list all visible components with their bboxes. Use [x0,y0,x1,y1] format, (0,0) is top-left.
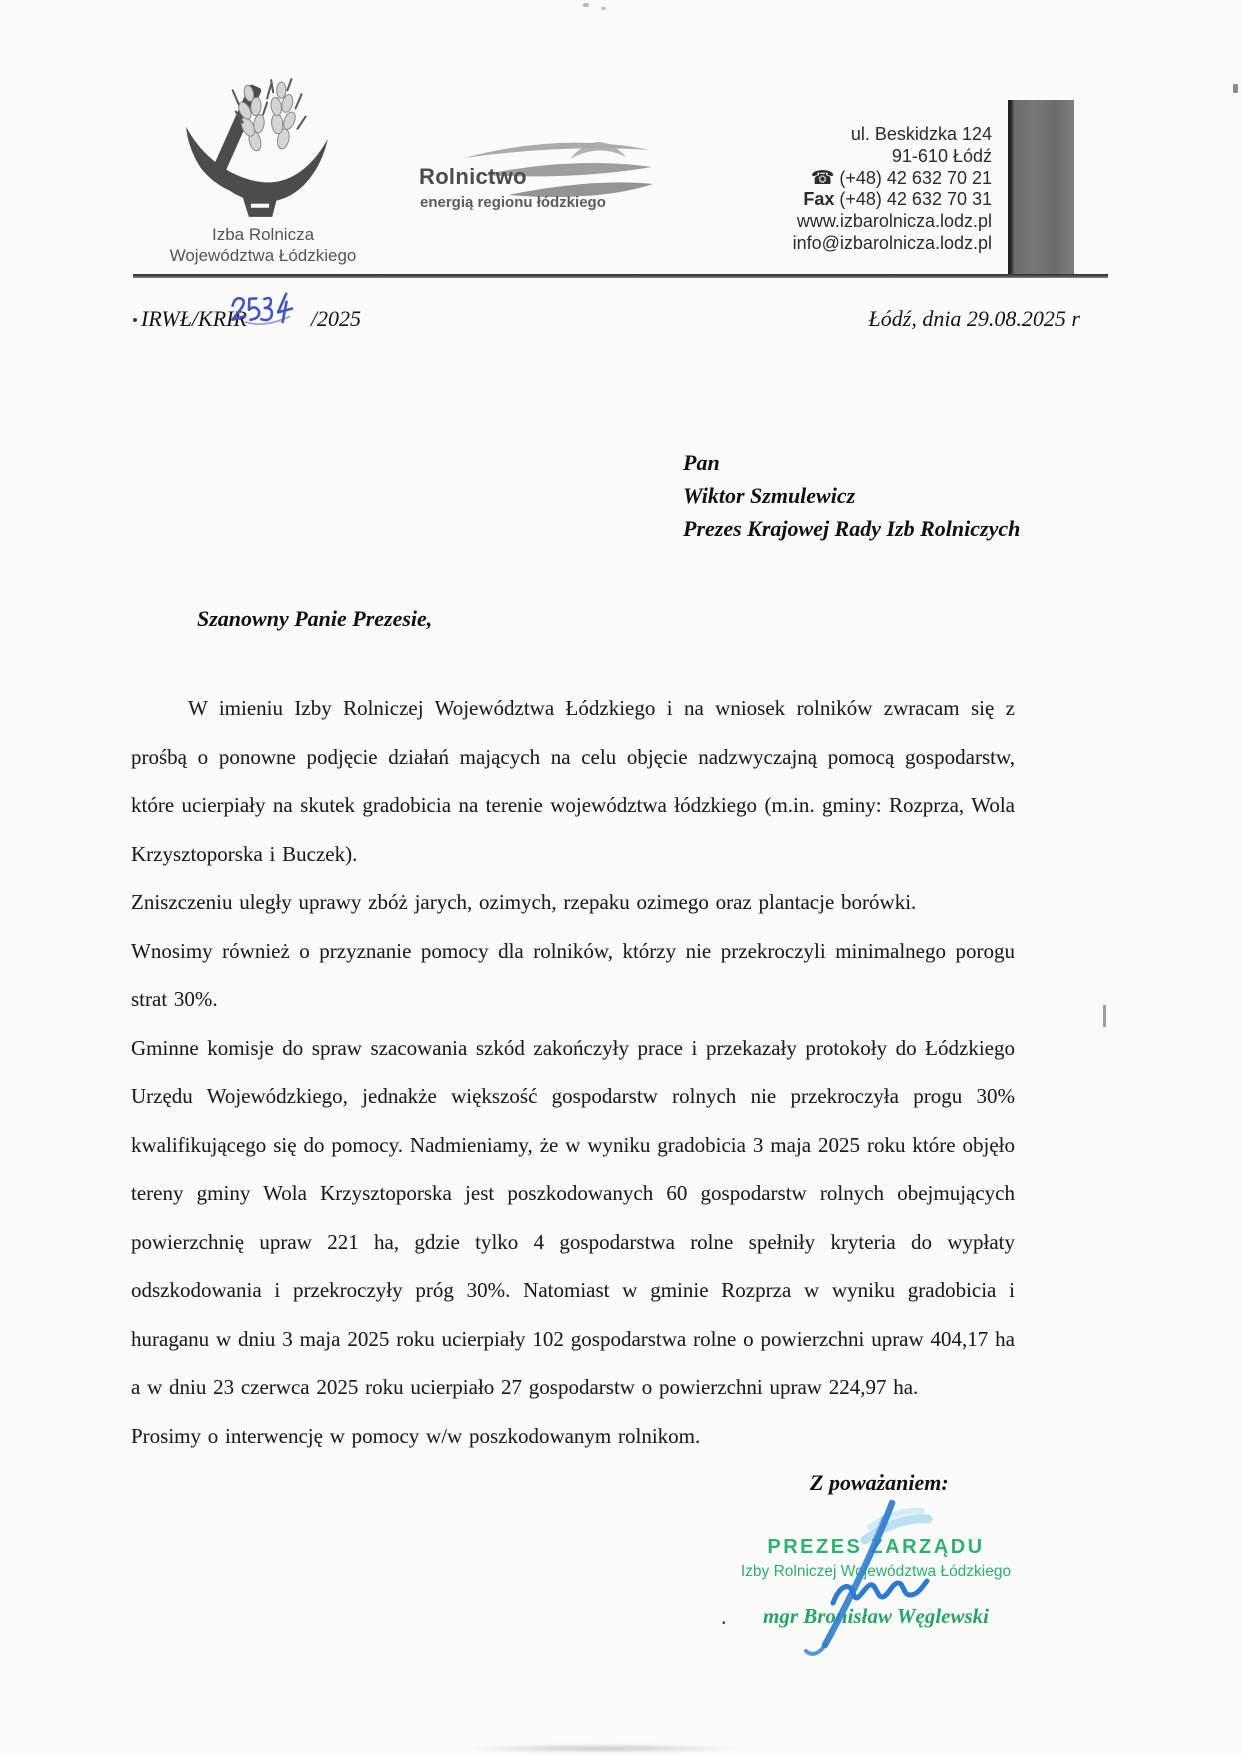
signature-scribble-icon [770,1495,950,1660]
scan-artifact-smudge [468,1744,738,1753]
body-paragraph-3: Wnosimy również o przyznanie pomocy dla … [131,927,1015,1024]
brand-subtitle: energią regionu łódzkiego [420,194,606,211]
logo-caption-line2: Województwa Łódzkiego [148,245,378,266]
body-paragraph-1: W imieniu Izby Rolniczej Województwa Łód… [131,684,1015,878]
scan-artifact-dot [133,318,137,322]
logo-caption: Izba Rolnicza Województwa Łódzkiego [148,224,378,266]
body-paragraph-5: Prosimy o interwencję w pomocy w/w poszk… [131,1412,1015,1461]
contact-block: ul. Beskidzka 124 91-610 Łódź ☎ (+48) 42… [662,124,992,255]
accent-bar [1008,100,1074,278]
closing-phrase: Z poważaniem: [810,1470,949,1496]
scan-artifact-speck [601,7,606,10]
fax-label: Fax [803,189,834,209]
contact-email: info@izbarolnicza.lodz.pl [662,233,992,255]
reference-suffix: /2025 [311,306,361,331]
recipient-role: Prezes Krajowej Rady Izb Rolniczych [683,512,1020,545]
date-line: Łódź, dnia 29.08.2025 r [869,306,1080,332]
body-paragraph-4: Gminne komisje do spraw szacowania szkód… [131,1024,1015,1412]
contact-phone-line: ☎ (+48) 42 632 70 21 [662,168,992,190]
scan-artifact-speck [1233,84,1238,93]
contact-fax: (+48) 42 632 70 31 [839,189,992,209]
recipient-title: Pan [683,446,1020,479]
salutation: Szanowny Panie Prezesie, [197,606,432,632]
recipient-name: Wiktor Szmulewicz [683,479,1020,512]
wheat-sickle-logo-icon [178,78,338,220]
contact-phone: (+48) 42 632 70 21 [839,168,992,188]
handwritten-reference-number [224,286,306,336]
brand-title: Rolnictwo [419,164,527,190]
recipient-block: Pan Wiktor Szmulewicz Prezes Krajowej Ra… [683,446,1020,545]
contact-fax-line: Fax (+48) 42 632 70 31 [662,189,992,211]
scan-artifact-dash [1103,1005,1106,1027]
contact-city: 91-610 Łódź [662,146,992,168]
logo-caption-line1: Izba Rolnicza [148,224,378,245]
contact-website: www.izbarolnicza.lodz.pl [662,211,992,233]
contact-street: ul. Beskidzka 124 [662,124,992,146]
scanned-letter-page: Izba Rolnicza Województwa Łódzkiego Roln… [0,0,1242,1755]
body-paragraph-2: Zniszczeniu uległy uprawy zbóż jarych, o… [131,878,1015,927]
header-separator [133,274,1108,278]
stray-dot: . [721,1604,727,1630]
phone-icon: ☎ [811,168,835,189]
letter-body: W imieniu Izby Rolniczej Województwa Łód… [131,684,1015,1460]
scan-artifact-speck [583,3,589,7]
